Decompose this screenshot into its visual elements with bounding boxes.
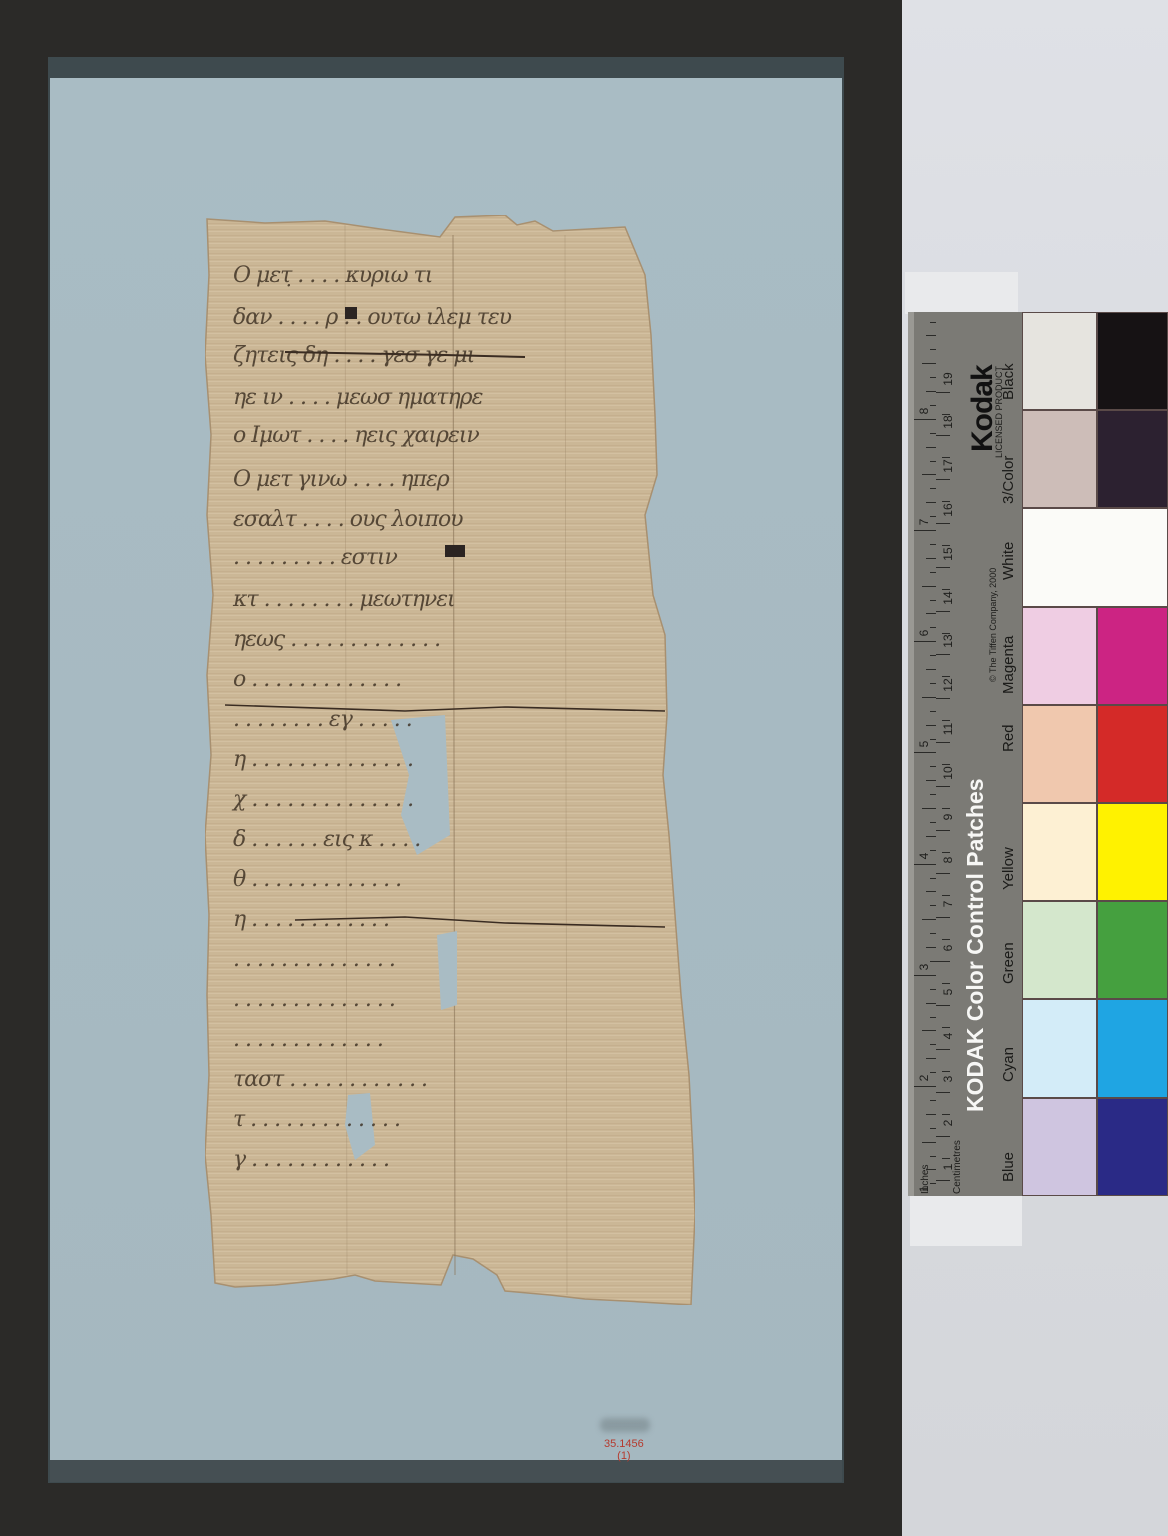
- inch-tick: [922, 363, 936, 364]
- patch-black-dark: [1097, 312, 1168, 410]
- patch-magenta-dark: [1097, 607, 1168, 705]
- label-cyan: Cyan: [1000, 1047, 1017, 1082]
- patch-magenta-light: [1022, 607, 1097, 705]
- text-line: δαν . . . . ρ . . ουτω ιλεμ τευ: [233, 305, 511, 335]
- patch-black-light: [1022, 312, 1097, 410]
- cm-tick: [936, 479, 950, 480]
- label-green: Green: [1000, 942, 1017, 984]
- inch-tick: [930, 683, 936, 684]
- patch-cyan-dark: [1097, 999, 1168, 1097]
- inch-tick: [930, 905, 936, 906]
- inch-tick: [930, 461, 936, 462]
- patch-red-dark: [1097, 705, 1168, 803]
- label-magenta: Magenta: [1000, 636, 1017, 694]
- inch-tick: [926, 780, 936, 781]
- cm-mark: 19: [941, 369, 955, 389]
- inch-tick: [930, 377, 936, 378]
- cm-mark: 8: [941, 850, 955, 870]
- inch-tick: [926, 836, 936, 837]
- text-line: ταστ . . . . . . . . . . . .: [233, 1067, 427, 1097]
- inch-tick: [930, 1156, 936, 1157]
- cm-mark: 7: [941, 894, 955, 914]
- inch-tick: [922, 1142, 936, 1143]
- inch-tick: [930, 1100, 936, 1101]
- cm-tick: [936, 654, 950, 655]
- inch-tick: [926, 669, 936, 670]
- label-red: Red: [1000, 724, 1017, 752]
- inch-tick: [930, 766, 936, 767]
- inch-mark: 7: [917, 512, 931, 532]
- text-line: κτ . . . . . . . . μεωτηνει: [233, 587, 455, 617]
- inch-tick: [922, 474, 936, 475]
- ruler-edge: [908, 312, 914, 1196]
- inch-tick: [922, 586, 936, 587]
- patch-cyan-light: [1022, 999, 1097, 1097]
- patch-yellow-light: [1022, 803, 1097, 901]
- patch-red-light: [1022, 705, 1097, 803]
- cm-mark: 11: [941, 719, 955, 739]
- text-line: τ . . . . . . . . . . . . .: [233, 1107, 400, 1137]
- inch-mark: 4: [917, 846, 931, 866]
- accession-number-text: 35.1456: [604, 1438, 644, 1450]
- inch-tick: [926, 1114, 936, 1115]
- strip-bottom-tab: [910, 1196, 1022, 1246]
- inch-tick: [930, 989, 936, 990]
- text-line: ζητεις δη . . . . γεσ γε μι: [233, 343, 474, 373]
- cm-tick: [936, 392, 950, 393]
- label-black: Black: [1000, 363, 1017, 400]
- cm-tick: [936, 523, 950, 524]
- cm-mark: 10: [941, 763, 955, 783]
- text-line: Ο μετ γινω . . . . ηπερ: [233, 467, 449, 497]
- text-line: . . . . . . . . . εστιν: [233, 545, 397, 575]
- text-line: ηε ιν . . . . μεωσ ηματηρε: [233, 385, 482, 415]
- text-line: η . . . . . . . . . . . . . .: [233, 747, 413, 777]
- text-line: η . . . . . . . . . . . .: [233, 907, 389, 937]
- inch-tick: [922, 697, 936, 698]
- cm-mark: 18: [941, 412, 955, 432]
- text-line: γ . . . . . . . . . . . .: [233, 1147, 389, 1177]
- centimetres-label: Centimetres: [952, 1140, 963, 1194]
- inch-mark: 2: [917, 1068, 931, 1088]
- cm-mark: 12: [941, 675, 955, 695]
- cm-tick: [936, 873, 950, 874]
- cm-tick: [936, 1049, 950, 1050]
- text-line: χ . . . . . . . . . . . . . .: [233, 787, 413, 817]
- cm-mark: 17: [941, 456, 955, 476]
- inch-tick: [930, 488, 936, 489]
- cm-tick: [936, 917, 950, 918]
- inch-tick: [926, 502, 936, 503]
- inch-tick: [926, 558, 936, 559]
- cm-mark: 13: [941, 631, 955, 651]
- inch-tick: [926, 447, 936, 448]
- strip-title: KODAK Color Control Patches: [962, 778, 989, 1112]
- cm-mark: 4: [941, 1026, 955, 1046]
- inch-tick: [930, 322, 936, 323]
- patch-blue-dark: [1097, 1098, 1168, 1196]
- label-yellow: Yellow: [1000, 847, 1017, 890]
- inch-tick: [930, 655, 936, 656]
- text-line: ο Ιμωτ . . . . ηεις χαιρειν: [233, 423, 479, 453]
- patch-white: [1022, 508, 1168, 606]
- cm-tick: [936, 1092, 950, 1093]
- kodak-ruler: 1234567891011121314151617181912345678 In…: [908, 312, 1022, 1196]
- inch-tick: [930, 1017, 936, 1018]
- strip-top-tab: [905, 272, 1018, 314]
- text-line: ηεως . . . . . . . . . . . . .: [233, 627, 440, 657]
- inch-mark: 5: [917, 734, 931, 754]
- cm-mark: 3: [941, 1069, 955, 1089]
- label-white: White: [1000, 542, 1017, 580]
- patch-blue-light: [1022, 1098, 1097, 1196]
- patch-green-dark: [1097, 901, 1168, 999]
- inch-tick: [926, 613, 936, 614]
- cm-tick: [936, 786, 950, 787]
- cm-mark: 15: [941, 544, 955, 564]
- inch-tick: [926, 1003, 936, 1004]
- text-line: ο . . . . . . . . . . . . .: [233, 667, 401, 697]
- text-line: . . . . . . . . . . . . . .: [233, 947, 395, 977]
- inch-tick: [926, 1058, 936, 1059]
- cm-tick: [936, 1136, 950, 1137]
- inch-tick: [930, 822, 936, 823]
- inch-tick: [930, 600, 936, 601]
- accession-sub-number: (1): [604, 1450, 644, 1462]
- patch-yellow-dark: [1097, 803, 1168, 901]
- cm-tick: [936, 435, 950, 436]
- inch-tick: [926, 391, 936, 392]
- cm-mark: 9: [941, 807, 955, 827]
- inch-tick: [930, 794, 936, 795]
- text-line: δ . . . . . . εις κ . . . .: [233, 827, 420, 857]
- inch-tick: [930, 1044, 936, 1045]
- inch-mark: 3: [917, 957, 931, 977]
- cm-mark: 2: [941, 1113, 955, 1133]
- inch-tick: [922, 1030, 936, 1031]
- inch-tick: [922, 808, 936, 809]
- inch-tick: [926, 335, 936, 336]
- text-line: εσαλτ . . . . ους λοιπου: [233, 507, 463, 537]
- patch-3-color-dark: [1097, 410, 1168, 508]
- inch-tick: [930, 933, 936, 934]
- cm-tick: [936, 830, 950, 831]
- label-blue: Blue: [1000, 1152, 1017, 1182]
- inch-tick: [930, 433, 936, 434]
- inch-tick: [926, 725, 936, 726]
- cm-mark: 14: [941, 588, 955, 608]
- cm-mark: 16: [941, 500, 955, 520]
- frame-bottom-rebate: [50, 1460, 842, 1482]
- text-line: . . . . . . . . εγ . . . . .: [233, 707, 412, 737]
- text-line: . . . . . . . . . . . . .: [233, 1027, 383, 1057]
- cm-tick: [936, 961, 950, 962]
- text-line: θ . . . . . . . . . . . . .: [233, 867, 401, 897]
- patch-3-color-light: [1022, 410, 1097, 508]
- cm-mark: 6: [941, 938, 955, 958]
- cm-tick: [936, 567, 950, 568]
- label-smudge: [600, 1418, 650, 1432]
- inch-tick: [930, 572, 936, 573]
- patch-green-light: [1022, 901, 1097, 999]
- inch-tick: [930, 711, 936, 712]
- text-line: . . . . . . . . . . . . . .: [233, 987, 395, 1017]
- cm-tick: [936, 698, 950, 699]
- cm-tick: [936, 611, 950, 612]
- cm-tick: [936, 1180, 950, 1181]
- inch-tick: [930, 544, 936, 545]
- cm-mark: 5: [941, 982, 955, 1002]
- accession-number: 35.1456 (1): [604, 1438, 644, 1462]
- inch-tick: [926, 947, 936, 948]
- inch-tick: [930, 1128, 936, 1129]
- inch-mark: 6: [917, 623, 931, 643]
- papyrus-fragment: Ο μετ̣ . . . . κυριω τι δαν . . . . ρ . …: [205, 215, 695, 1305]
- text-line: Ο μετ̣ . . . . κυριω τι: [233, 263, 432, 293]
- cm-tick: [936, 742, 950, 743]
- inch-mark: 8: [917, 401, 931, 421]
- inch-tick: [930, 349, 936, 350]
- inches-label: Inches: [920, 1165, 931, 1194]
- inch-tick: [926, 891, 936, 892]
- inch-tick: [930, 878, 936, 879]
- cm-tick: [936, 1005, 950, 1006]
- inch-tick: [922, 919, 936, 920]
- label-3-color: 3/Color: [1000, 456, 1017, 504]
- copyright-text: © The Tiffen Company, 2000: [988, 568, 998, 682]
